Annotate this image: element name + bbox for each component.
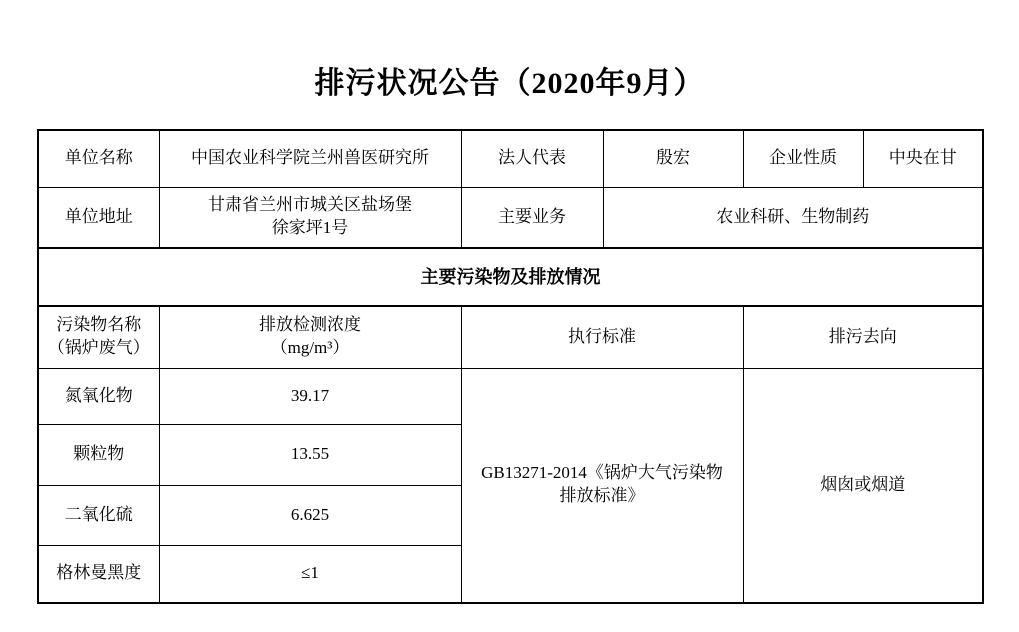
pollution-report-table: 单位名称 中国农业科学院兰州兽医研究所 法人代表 殷宏 企业性质 中央在甘 单位… [37,129,984,604]
unit-name-value: 中国农业科学院兰州兽医研究所 [159,130,461,187]
business-label: 主要业务 [461,187,603,248]
page-title: 排污状况公告（2020年9月） [0,58,1019,102]
destination-value: 烟囱或烟道 [743,368,983,603]
pollutant-column-header: 污染物名称 （锅炉废气） [38,306,159,368]
standard-column-header: 执行标准 [461,306,743,368]
pollutant-name: 氮氧化物 [38,368,159,424]
concentration-header-line-1: 排放检测浓度 [166,314,455,337]
standard-value: GB13271-2014《锅炉大气污染物 排放标准》 [461,368,743,603]
address-line-1: 甘肃省兰州市城关区盐场堡 [166,194,455,217]
pollutant-header-line-1: 污染物名称 [45,314,153,337]
legal-rep-label: 法人代表 [461,130,603,187]
pollutant-value: 6.625 [159,485,461,545]
standard-line-1: GB13271-2014《锅炉大气污染物 [468,462,737,485]
announcement-page: 排污状况公告（2020年9月） 单位名称 中国农业科学院兰州兽医研究所 法人代表… [0,0,1019,632]
unit-info-row: 单位名称 中国农业科学院兰州兽医研究所 法人代表 殷宏 企业性质 中央在甘 [38,130,983,187]
standard-line-2: 排放标准》 [468,485,737,508]
section-title: 主要污染物及排放情况 [38,248,983,306]
section-header-row: 主要污染物及排放情况 [38,248,983,306]
pollutant-value: 39.17 [159,368,461,424]
unit-name-label: 单位名称 [38,130,159,187]
concentration-header-line-2: （mg/m³） [166,337,455,360]
legal-rep-value: 殷宏 [603,130,743,187]
enterprise-type-label: 企业性质 [743,130,863,187]
enterprise-type-value: 中央在甘 [863,130,983,187]
table-row-nox: 氮氧化物 39.17 GB13271-2014《锅炉大气污染物 排放标准》 烟囱… [38,368,983,424]
address-value: 甘肃省兰州市城关区盐场堡 徐家坪1号 [159,187,461,248]
pollutant-header-line-2: （锅炉废气） [45,337,153,360]
pollutant-name: 二氧化硫 [38,485,159,545]
address-label: 单位地址 [38,187,159,248]
address-line-2: 徐家坪1号 [166,217,455,240]
concentration-column-header: 排放检测浓度 （mg/m³） [159,306,461,368]
address-row: 单位地址 甘肃省兰州市城关区盐场堡 徐家坪1号 主要业务 农业科研、生物制药 [38,187,983,248]
pollutant-value: 13.55 [159,424,461,485]
column-header-row: 污染物名称 （锅炉废气） 排放检测浓度 （mg/m³） 执行标准 排污去向 [38,306,983,368]
pollutant-name: 格林曼黑度 [38,545,159,603]
pollutant-name: 颗粒物 [38,424,159,485]
business-value: 农业科研、生物制药 [603,187,983,248]
destination-column-header: 排污去向 [743,306,983,368]
pollutant-value: ≤1 [159,545,461,603]
